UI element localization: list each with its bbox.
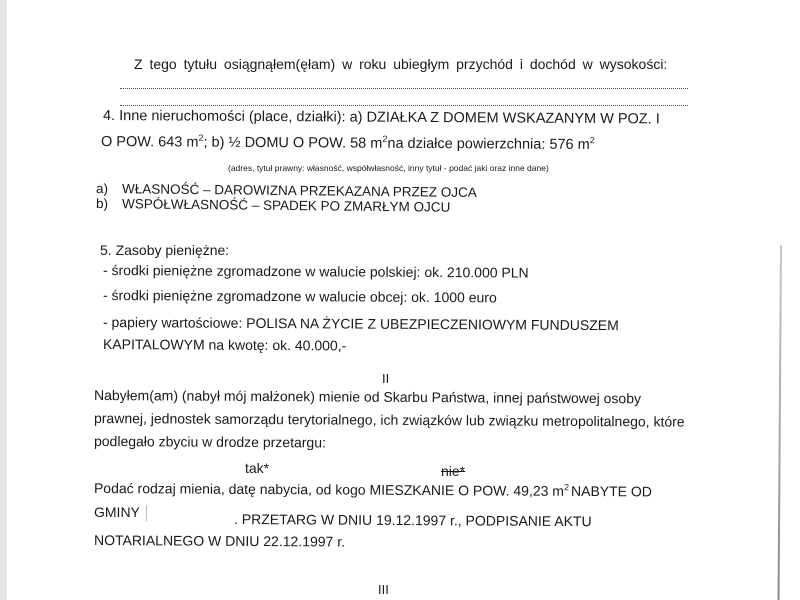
section4-area-a: O POW. 643 m	[101, 134, 199, 151]
option-yes: tak*	[245, 459, 269, 477]
detail-text: NABYTE OD	[571, 483, 652, 499]
section-II-detail-line2: GMINY	[94, 503, 147, 521]
section-II-detail-line1: Podać rodzaj mienia, datę nabycia, od ko…	[94, 479, 652, 500]
section-II-line2: prawnej, jednostek samorządu terytorialn…	[94, 409, 685, 431]
section4-item-b: b)WSPÓŁWŁASNOŚĆ – SPADEK PO ZMARŁYM OJCU	[96, 196, 450, 215]
income-line: Z tego tytułu osiągnąłem(ęłam) w roku ub…	[134, 55, 667, 73]
section-II-line1: Nabyłem(am) (nabył mój małżonek) mienie …	[94, 386, 641, 407]
list-marker: a)	[96, 181, 122, 196]
section5-line-securities: - papiery wartościowe: POLISA NA ŻYCIE Z…	[103, 313, 619, 334]
section-II-line3: podlegało zbyciu w drodze przetargu:	[94, 432, 326, 451]
section5-heading: 5. Zasoby pieniężne:	[100, 241, 229, 259]
section4-area-c: na działce powierzchnia: 576 m	[387, 136, 589, 153]
section-III-numeral: III	[378, 581, 389, 599]
detail-text: Podać rodzaj mienia, datę nabycia, od ko…	[94, 480, 564, 499]
dotted-fill-line-2	[120, 103, 688, 106]
redaction-mark	[146, 505, 147, 521]
section5-line-securities-cont: KAPITALOWYM na kwotę: ok. 40.000,-	[103, 335, 346, 354]
document-page: Z tego tytułu osiągnąłem(ęłam) w roku ub…	[0, 0, 800, 600]
section4-line1: 4. Inne nieruchomości (place, działki): …	[103, 107, 660, 128]
section4-note: (adres, tytuł prawny: własność, współwła…	[228, 163, 549, 173]
dotted-fill-line-1	[120, 86, 688, 89]
option-no-struck: nie*	[441, 462, 465, 480]
superscript: 2	[564, 482, 569, 492]
superscript: 2	[590, 135, 595, 145]
section-II-detail-line2b: . PRZETARG W DNIU 19.12.1997 r., PODPISA…	[234, 510, 592, 530]
detail-gmina: GMINY	[94, 504, 140, 520]
section5-line-foreign: - środki pieniężne zgromadzone w walucie…	[103, 286, 497, 306]
section4-line2: O POW. 643 m2; b) ½ DOMU O POW. 58 m2na …	[101, 133, 595, 154]
section-II-numeral: II	[382, 370, 389, 388]
list-marker: b)	[96, 196, 122, 211]
section5-line-pln: - środki pieniężne zgromadzone w walucie…	[103, 261, 529, 282]
list-item-text: WSPÓŁWŁASNOŚĆ – SPADEK PO ZMARŁYM OJCU	[122, 196, 450, 214]
section-II-detail-line3: NOTARIALNEGO W DNIU 22.12.1997 r.	[94, 531, 345, 551]
section4-area-b: ; b) ½ DOMU O POW. 58 m	[203, 135, 382, 152]
